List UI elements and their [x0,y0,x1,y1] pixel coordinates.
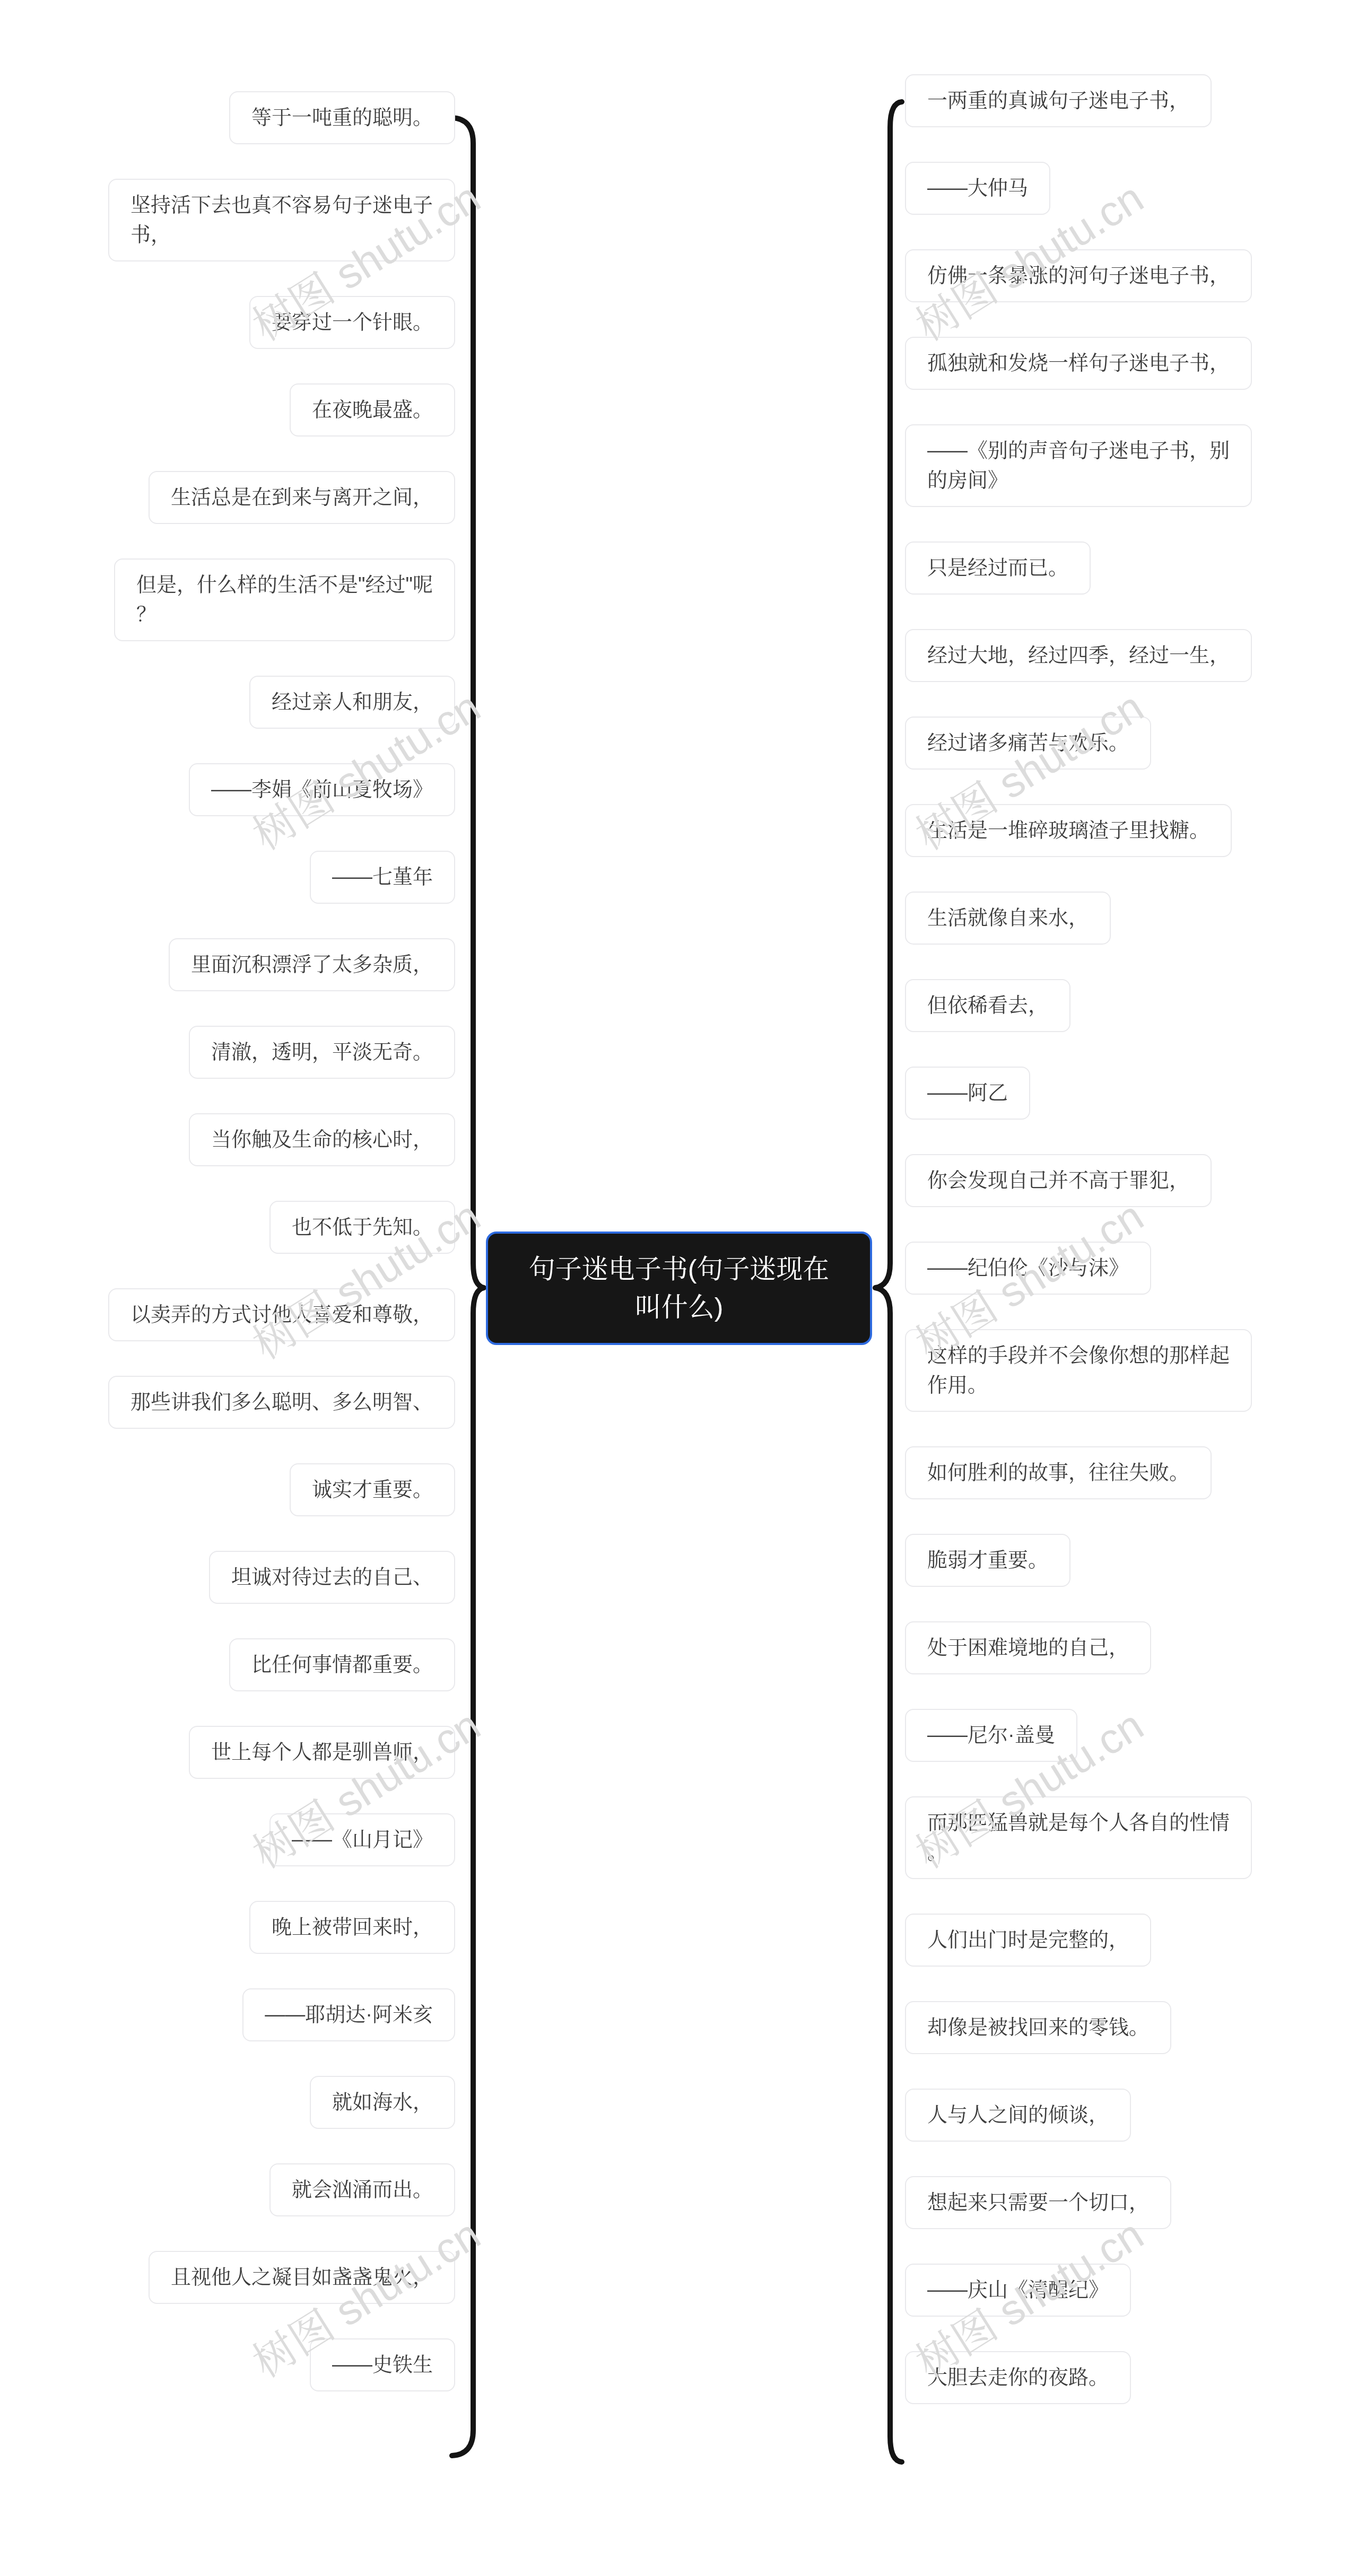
quote-text: 处于困难境地的自己， [927,1637,1129,1659]
quote-text: 坦诚对待过去的自己、 [231,1566,433,1588]
left-quote-node-20[interactable]: 晚上被带回来时， [249,1901,455,1954]
left-quote-node-4[interactable]: 生活总是在到来与离开之间， [149,471,455,524]
quote-text: 且视他人之凝目如盏盏鬼火， [171,2266,433,2289]
left-branch-column: 等于一吨重的聪明。坚持活下去也真不容易句子迷电子 书，要穿过一个针眼。在夜晚最盛… [108,91,455,2391]
right-quote-node-16[interactable]: 脆弱才重要。 [905,1534,1070,1587]
quote-text: 晚上被带回来时， [272,1916,433,1938]
left-quote-node-21[interactable]: ——耶胡达·阿米亥 [242,1988,455,2041]
left-quote-node-24[interactable]: 且视他人之凝目如盏盏鬼火， [149,2251,455,2304]
left-quote-node-3[interactable]: 在夜晚最盛。 [290,383,455,436]
quote-text: ——大仲马 [927,177,1028,199]
quote-text: 经过大地，经过四季，经过一生， [927,644,1230,667]
right-quote-node-9[interactable]: 生活就像自来水， [905,892,1111,945]
right-quote-node-2[interactable]: 仿佛一条暴涨的河句子迷电子书， [905,249,1252,302]
quote-text: 就会汹涌而出。 [292,2179,433,2201]
left-quote-node-15[interactable]: 诚实才重要。 [290,1463,455,1516]
quote-text: 经过诸多痛苦与欢乐。 [927,732,1129,754]
left-quote-node-5[interactable]: 但是，什么样的生活不是"经过"呢 ？ [114,558,455,641]
right-quote-node-18[interactable]: ——尼尔·盖曼 [905,1709,1077,1762]
left-quote-node-18[interactable]: 世上每个人都是驯兽师， [189,1726,455,1779]
quote-text: 而那匹猛兽就是每个人各自的性情 。 [927,1812,1230,1864]
right-quote-node-17[interactable]: 处于困难境地的自己， [905,1621,1151,1674]
left-quote-node-10[interactable]: 清澈，透明，平淡无奇。 [189,1026,455,1079]
left-quote-node-19[interactable]: ——《山月记》 [269,1813,455,1866]
left-quote-node-25[interactable]: ——史铁生 [310,2338,455,2391]
right-quote-node-11[interactable]: ——阿乙 [905,1067,1030,1120]
quote-text: 仿佛一条暴涨的河句子迷电子书， [927,265,1230,287]
quote-text: 里面沉积漂浮了太多杂质， [191,954,433,976]
left-quote-node-11[interactable]: 当你触及生命的核心时， [189,1113,455,1166]
quote-text: ——李娟《前山夏牧场》 [211,779,433,801]
left-quote-node-23[interactable]: 就会汹涌而出。 [269,2163,455,2216]
left-quote-node-17[interactable]: 比任何事情都重要。 [229,1638,455,1691]
quote-text: 大胆去走你的夜路。 [927,2367,1109,2389]
right-branch-column: 一两重的真诚句子迷电子书，——大仲马仿佛一条暴涨的河句子迷电子书，孤独就和发烧一… [905,74,1252,2404]
quote-text: 但是，什么样的生活不是"经过"呢 ？ [136,574,433,626]
left-quote-node-8[interactable]: ——七堇年 [310,851,455,904]
right-quote-node-7[interactable]: 经过诸多痛苦与欢乐。 [905,717,1151,770]
quote-text: 生活就像自来水， [927,907,1089,929]
quote-text: 在夜晚最盛。 [312,399,433,421]
left-quote-node-12[interactable]: 也不低于先知。 [269,1201,455,1254]
quote-text: 当你触及生命的核心时， [211,1129,433,1151]
quote-text: 这样的手段并不会像你想的那样起 作用。 [927,1344,1230,1396]
quote-text: 坚持活下去也真不容易句子迷电子 书， [130,194,433,246]
right-quote-node-1[interactable]: ——大仲马 [905,162,1050,215]
quote-text: ——尼尔·盖曼 [927,1724,1055,1747]
right-quote-node-20[interactable]: 人们出门时是完整的， [905,1914,1151,1967]
left-quote-node-16[interactable]: 坦诚对待过去的自己、 [209,1551,455,1604]
quote-text: 要穿过一个针眼。 [272,311,433,334]
right-quote-node-24[interactable]: ——庆山《清醒纪》 [905,2264,1131,2317]
right-quote-node-19[interactable]: 而那匹猛兽就是每个人各自的性情 。 [905,1796,1252,1879]
quote-text: ——阿乙 [927,1082,1008,1104]
quote-text: 清澈，透明，平淡无奇。 [211,1041,433,1063]
central-topic-node[interactable]: 句子迷电子书(句子迷现在 叫什么) [486,1232,872,1345]
quote-text: 比任何事情都重要。 [251,1654,433,1676]
right-quote-node-21[interactable]: 却像是被找回来的零钱。 [905,2001,1171,2054]
right-quote-node-23[interactable]: 想起来只需要一个切口， [905,2176,1171,2229]
right-quote-node-3[interactable]: 孤独就和发烧一样句子迷电子书， [905,337,1252,390]
quote-text: 也不低于先知。 [292,1216,433,1238]
right-quote-node-25[interactable]: 大胆去走你的夜路。 [905,2351,1131,2404]
quote-text: 以卖弄的方式讨他人喜爱和尊敬， [130,1304,433,1326]
quote-text: 人们出门时是完整的， [927,1929,1129,1951]
quote-text: 却像是被找回来的零钱。 [927,2016,1149,2039]
left-quote-node-6[interactable]: 经过亲人和朋友， [249,676,455,729]
quote-text: 想起来只需要一个切口， [927,2191,1149,2214]
quote-text: ——《别的声音句子迷电子书，别 的房间》 [927,440,1230,492]
right-quote-node-8[interactable]: 生活是一堆碎玻璃渣子里找糖。 [905,804,1232,857]
quote-text: ——《山月记》 [292,1829,433,1851]
left-quote-node-9[interactable]: 里面沉积漂浮了太多杂质， [169,938,455,991]
right-quote-node-13[interactable]: ——纪伯伦《沙与沫》 [905,1242,1151,1295]
quote-text: 就如海水， [332,2091,433,2114]
right-quote-node-15[interactable]: 如何胜利的故事，往往失败。 [905,1446,1212,1499]
right-quote-node-22[interactable]: 人与人之间的倾谈， [905,2089,1131,2142]
right-quote-node-10[interactable]: 但依稀看去， [905,979,1070,1032]
right-quote-node-5[interactable]: 只是经过而已。 [905,542,1091,595]
quote-text: 一两重的真诚句子迷电子书， [927,90,1189,112]
left-quote-node-13[interactable]: 以卖弄的方式讨他人喜爱和尊敬， [108,1288,455,1341]
quote-text: ——耶胡达·阿米亥 [265,2004,433,2026]
quote-text: 孤独就和发烧一样句子迷电子书， [927,352,1230,374]
left-quote-node-22[interactable]: 就如海水， [310,2076,455,2129]
right-quote-node-14[interactable]: 这样的手段并不会像你想的那样起 作用。 [905,1329,1252,1412]
right-brace [875,102,902,2462]
central-topic-label: 句子迷电子书(句子迷现在 叫什么) [529,1250,830,1326]
right-quote-node-4[interactable]: ——《别的声音句子迷电子书，别 的房间》 [905,424,1252,507]
left-quote-node-0[interactable]: 等于一吨重的聪明。 [229,91,455,144]
right-quote-node-0[interactable]: 一两重的真诚句子迷电子书， [905,74,1212,127]
quote-text: 生活是一堆碎玻璃渣子里找糖。 [927,819,1209,842]
left-quote-node-7[interactable]: ——李娟《前山夏牧场》 [189,763,455,816]
quote-text: ——史铁生 [332,2354,433,2376]
quote-text: 但依稀看去， [927,994,1048,1017]
left-quote-node-14[interactable]: 那些讲我们多么聪明、多么明智、 [108,1376,455,1429]
right-quote-node-6[interactable]: 经过大地，经过四季，经过一生， [905,629,1252,682]
quote-text: 只是经过而已。 [927,557,1068,579]
left-brace [452,118,484,2456]
mindmap-canvas: 等于一吨重的聪明。坚持活下去也真不容易句子迷电子 书，要穿过一个针眼。在夜晚最盛… [0,0,1358,2576]
left-quote-node-1[interactable]: 坚持活下去也真不容易句子迷电子 书， [108,179,455,261]
quote-text: 诚实才重要。 [312,1479,433,1501]
quote-text: ——庆山《清醒纪》 [927,2279,1109,2301]
quote-text: 如何胜利的故事，往往失败。 [927,1462,1189,1484]
quote-text: 那些讲我们多么聪明、多么明智、 [130,1391,433,1413]
quote-text: 脆弱才重要。 [927,1549,1048,1571]
left-quote-node-2[interactable]: 要穿过一个针眼。 [249,296,455,349]
quote-text: 人与人之间的倾谈， [927,2104,1109,2126]
quote-text: 你会发现自己并不高于罪犯， [927,1169,1189,1192]
quote-text: ——纪伯伦《沙与沫》 [927,1257,1129,1279]
quote-text: 经过亲人和朋友， [272,691,433,713]
quote-text: ——七堇年 [332,866,433,888]
quote-text: 生活总是在到来与离开之间， [171,486,433,509]
right-quote-node-12[interactable]: 你会发现自己并不高于罪犯， [905,1154,1212,1207]
quote-text: 世上每个人都是驯兽师， [211,1741,433,1763]
quote-text: 等于一吨重的聪明。 [251,107,433,129]
